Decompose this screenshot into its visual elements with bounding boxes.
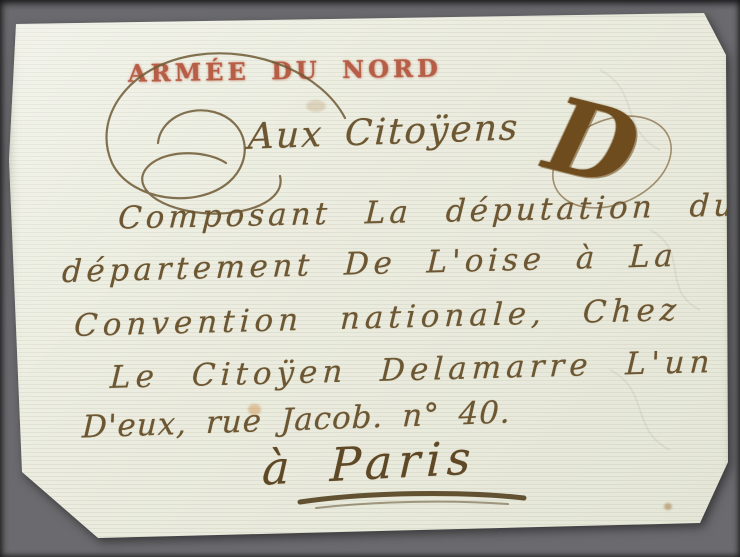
photo-frame: ARMÉE DU NORD D Aux Ci <box>0 0 740 557</box>
letter-wrapper: ARMÉE DU NORD D Aux Ci <box>0 0 740 557</box>
stain-spot <box>36 496 45 502</box>
letter-paper: ARMÉE DU NORD D Aux Ci <box>0 0 740 557</box>
paper-edge-shading <box>0 0 740 557</box>
